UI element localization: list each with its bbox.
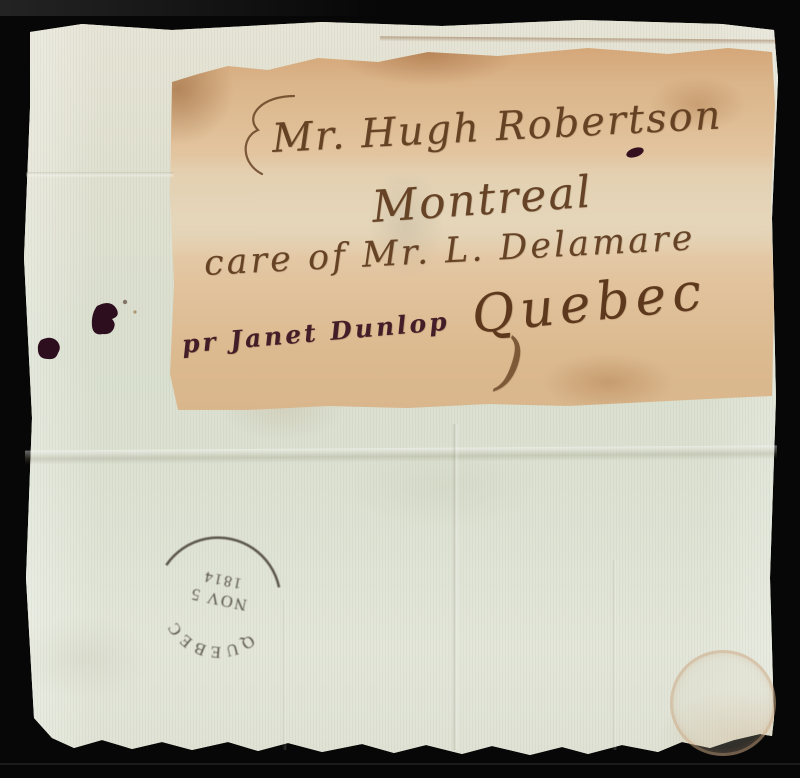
wax-seal-impression — [670, 650, 776, 756]
ink-speck — [133, 310, 136, 313]
photo-mat-edge — [0, 763, 800, 765]
photo-of-letter-cover: Mr. Hugh Robertson Montreal care of Mr. … — [0, 0, 800, 778]
ink-speck — [123, 300, 127, 304]
photo-glare — [0, 0, 380, 16]
postmark-town: QUEBEC — [157, 614, 262, 671]
ink-blot — [38, 338, 60, 359]
ink-blots — [25, 290, 155, 380]
ink-blot — [92, 303, 118, 334]
postmark-quebec: QUEBEC NOV 5 1814 — [142, 524, 294, 676]
